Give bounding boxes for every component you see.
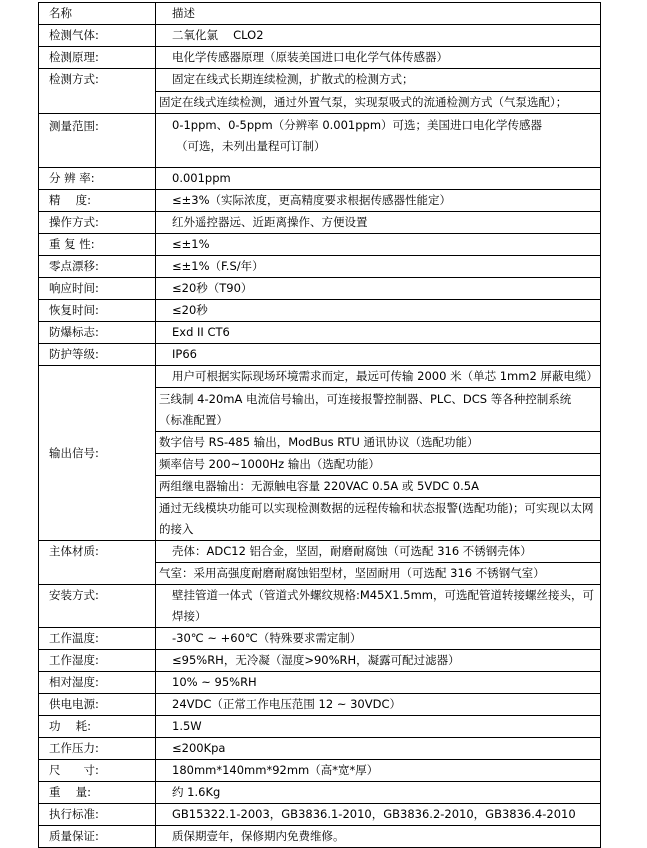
table-row: 尺 寸: 180mm*140mm*92mm（高*宽*厚） — [39, 760, 601, 782]
row-value: 约 1.6Kg — [156, 782, 601, 804]
table-row: 安装方式: 壁挂管道一体式（管道式外螺纹规格:M45X1.5mm，可选配管道转接… — [39, 585, 601, 628]
row-value: 电化学传感器原理（原装美国进口电化学气体传感器） — [156, 47, 601, 69]
row-label: 重 量: — [39, 782, 156, 804]
row-value: Exd II CT6 — [156, 322, 601, 344]
table-row: 供电电源: 24VDC（正常工作电压范围 12 ~ 30VDC） — [39, 694, 601, 716]
table-row: 工作压力: ≤200Kpa — [39, 738, 601, 760]
table-row: 响应时间: ≤20秒（T90） — [39, 278, 601, 300]
spec-table: 名称 描述 检测气体: 二氧化氯 CLO2 检测原理: 电化学传感器原理（原装美… — [38, 2, 601, 848]
row-label: 零点漂移: — [39, 256, 156, 278]
row-label: 相对湿度: — [39, 672, 156, 694]
row-label: 尺 寸: — [39, 760, 156, 782]
table-row: 检测方式: 固定在线式长期连续检测，扩散式的检测方式； — [39, 69, 601, 92]
row-label: 主体材质: — [39, 541, 156, 585]
row-value: 三线制 4-20mA 电流信号输出，可连接报警控制器、PLC、DCS 等各种控制… — [156, 388, 601, 432]
row-value: 数字信号 RS-485 输出，ModBus RTU 通讯协议（选配功能） — [156, 432, 601, 454]
row-value: 壁挂管道一体式（管道式外螺纹规格:M45X1.5mm，可选配管道转接螺丝接头，可… — [156, 585, 601, 628]
table-row: 测量范围: 0-1ppm、0-5ppm（分辨率 0.001ppm）可选；美国进口… — [39, 114, 601, 168]
row-label: 执行标准: — [39, 804, 156, 826]
row-label: 测量范围: — [39, 114, 156, 168]
row-label: 响应时间: — [39, 278, 156, 300]
row-value: 180mm*140mm*92mm（高*宽*厚） — [156, 760, 601, 782]
row-value: 壳体：ADC12 铝合金，坚固，耐磨耐腐蚀（可选配 316 不锈钢壳体） — [156, 541, 601, 563]
table-row: 功 耗: 1.5W — [39, 716, 601, 738]
row-label: 精 度: — [39, 190, 156, 212]
header-name: 名称 — [39, 3, 156, 25]
row-label: 工作压力: — [39, 738, 156, 760]
row-value: 10% ~ 95%RH — [156, 672, 601, 694]
row-label: 工作温度: — [39, 628, 156, 650]
row-value: 0-1ppm、0-5ppm（分辨率 0.001ppm）可选；美国进口电化学传感器… — [156, 114, 601, 168]
row-value: ≤20秒（T90） — [156, 278, 601, 300]
row-label: 分 辨 率: — [39, 168, 156, 190]
row-label: 检测原理: — [39, 47, 156, 69]
table-row: 恢复时间: ≤20秒 — [39, 300, 601, 322]
value-line: （可选，未列出量程可订制） — [172, 136, 594, 157]
row-label: 检测气体: — [39, 25, 156, 47]
row-label: 供电电源: — [39, 694, 156, 716]
row-value: 24VDC（正常工作电压范围 12 ~ 30VDC） — [156, 694, 601, 716]
row-label: 重 复 性: — [39, 234, 156, 256]
row-value: GB15322.1-2003，GB3836.1-2010，GB3836.2-20… — [156, 804, 601, 826]
row-label: 恢复时间: — [39, 300, 156, 322]
row-label: 检测方式: — [39, 69, 156, 114]
row-value: ≤±1%（F.S/年） — [156, 256, 601, 278]
row-value: 1.5W — [156, 716, 601, 738]
row-value: 质保期壹年，保修期内免费维修。 — [156, 826, 601, 848]
row-value: IP66 — [156, 344, 601, 366]
table-row: 检测原理: 电化学传感器原理（原装美国进口电化学气体传感器） — [39, 47, 601, 69]
row-value: 两组继电器输出：无源触电容量 220VAC 0.5A 或 5VDC 0.5A — [156, 476, 601, 498]
table-row: 零点漂移: ≤±1%（F.S/年） — [39, 256, 601, 278]
row-value: 频率信号 200~1000Hz 输出（选配功能） — [156, 454, 601, 476]
row-value: ≤200Kpa — [156, 738, 601, 760]
table-row: 主体材质: 壳体：ADC12 铝合金，坚固，耐磨耐腐蚀（可选配 316 不锈钢壳… — [39, 541, 601, 563]
row-value: 固定在线式长期连续检测，扩散式的检测方式； — [156, 69, 601, 92]
table-row: 执行标准: GB15322.1-2003，GB3836.1-2010，GB383… — [39, 804, 601, 826]
table-row: 工作湿度: ≤95%RH，无冷凝（湿度>90%RH，凝露可配过滤器） — [39, 650, 601, 672]
row-label: 输出信号: — [39, 366, 156, 541]
row-label: 安装方式: — [39, 585, 156, 628]
row-label: 功 耗: — [39, 716, 156, 738]
table-row: 质量保证: 质保期壹年，保修期内免费维修。 — [39, 826, 601, 848]
table-row: 工作温度: -30℃ ~ +60℃（特殊要求需定制） — [39, 628, 601, 650]
row-value: 0.001ppm — [156, 168, 601, 190]
table-row: 输出信号: 用户可根据实际现场环境需求而定，最远可传输 2000 米（单芯 1m… — [39, 366, 601, 388]
row-value: ≤±1% — [156, 234, 601, 256]
table-row: 重 复 性: ≤±1% — [39, 234, 601, 256]
row-value: 红外遥控器远、近距离操作、方便设置 — [156, 212, 601, 234]
row-value: 用户可根据实际现场环境需求而定，最远可传输 2000 米（单芯 1mm2 屏蔽电… — [156, 366, 601, 388]
table-row: 重 量: 约 1.6Kg — [39, 782, 601, 804]
row-value: 通过无线模块功能可以实现检测数据的远程传输和状态报警(选配功能)；可实现以太网的… — [156, 498, 601, 541]
label-text: 测量范围: — [49, 119, 99, 133]
row-label: 防护等级: — [39, 344, 156, 366]
table-row: 分 辨 率: 0.001ppm — [39, 168, 601, 190]
row-value: 二氧化氯 CLO2 — [156, 25, 601, 47]
row-label: 操作方式: — [39, 212, 156, 234]
table-row: 精 度: ≤±3%（实际浓度，更高精度要求根据传感器性能定） — [39, 190, 601, 212]
header-desc: 描述 — [156, 3, 601, 25]
row-value: ≤±3%（实际浓度，更高精度要求根据传感器性能定） — [156, 190, 601, 212]
value-line: 0-1ppm、0-5ppm（分辨率 0.001ppm）可选；美国进口电化学传感器 — [172, 115, 594, 136]
row-value: 气室：采用高强度耐磨耐腐蚀铝型材，坚固耐用（可选配 316 不锈钢气室） — [156, 563, 601, 585]
table-row: 检测气体: 二氧化氯 CLO2 — [39, 25, 601, 47]
row-label: 防爆标志: — [39, 322, 156, 344]
row-value: -30℃ ~ +60℃（特殊要求需定制） — [156, 628, 601, 650]
row-label: 工作湿度: — [39, 650, 156, 672]
table-row: 相对湿度: 10% ~ 95%RH — [39, 672, 601, 694]
table-header-row: 名称 描述 — [39, 3, 601, 25]
table-row: 操作方式: 红外遥控器远、近距离操作、方便设置 — [39, 212, 601, 234]
row-value: ≤20秒 — [156, 300, 601, 322]
table-row: 防护等级: IP66 — [39, 344, 601, 366]
row-value: 固定在线式连续检测，通过外置气泵，实现泵吸式的流通检测方式（气泵选配）； — [156, 91, 601, 114]
table-row: 防爆标志: Exd II CT6 — [39, 322, 601, 344]
row-label: 质量保证: — [39, 826, 156, 848]
row-value: ≤95%RH，无冷凝（湿度>90%RH，凝露可配过滤器） — [156, 650, 601, 672]
